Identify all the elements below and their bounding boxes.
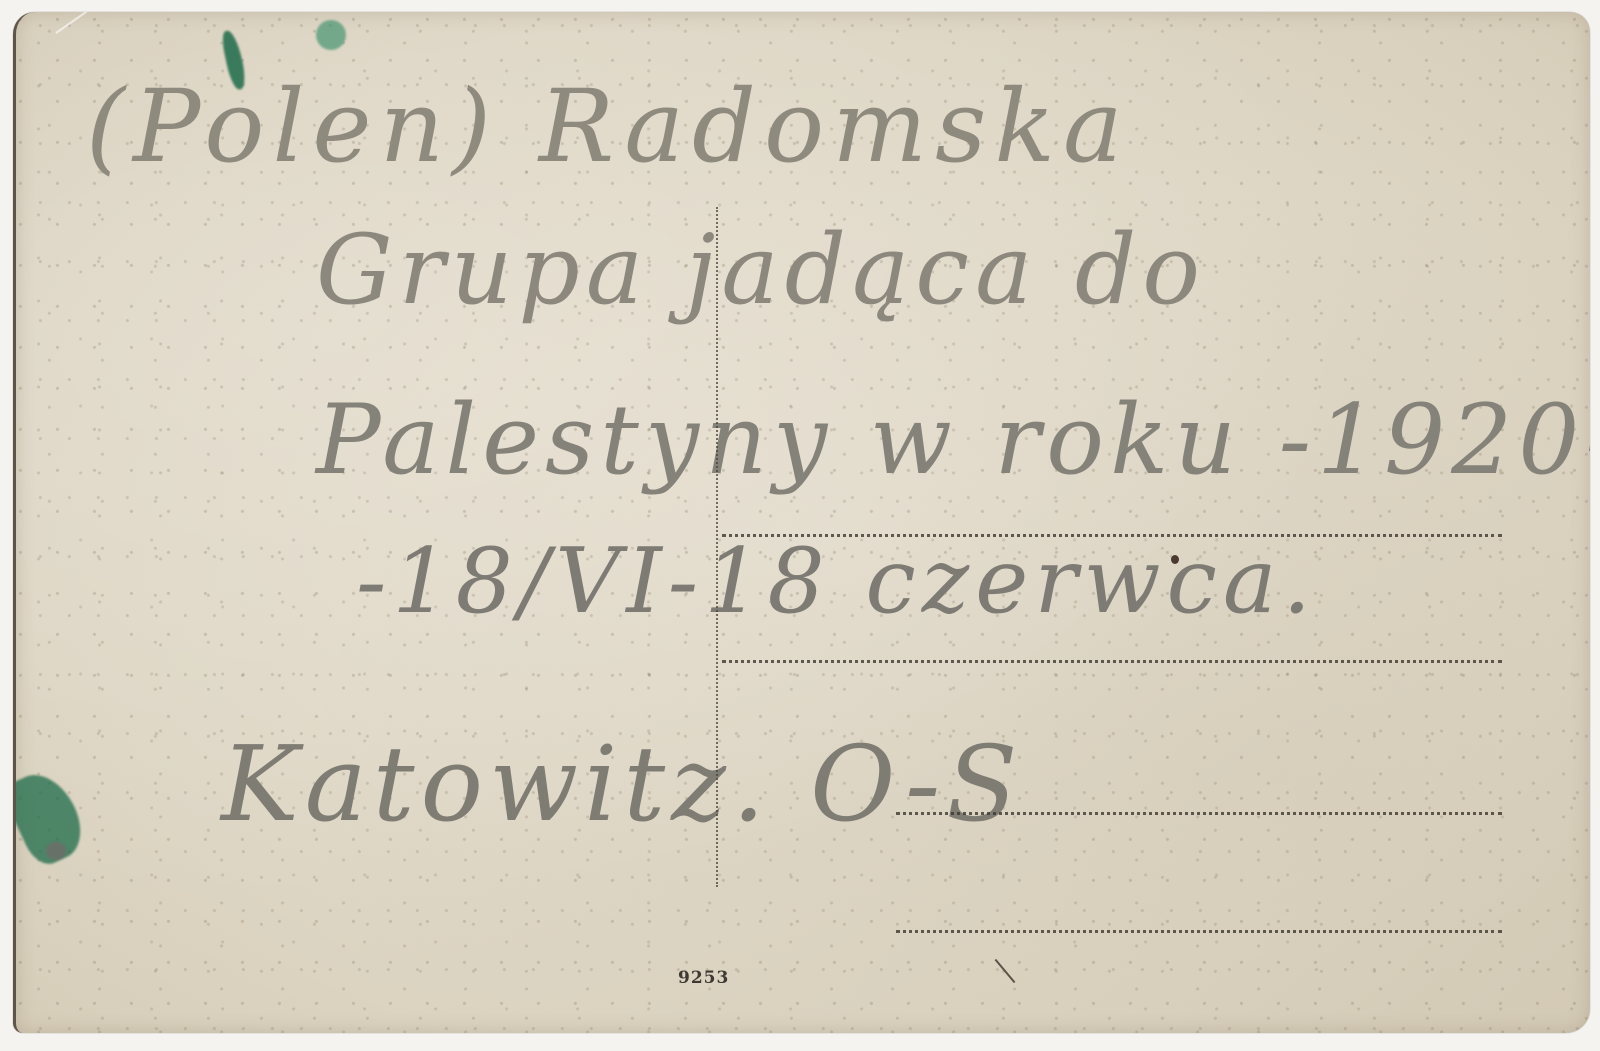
handwritten-line-group: Grupa jadąca do — [316, 222, 1206, 318]
ink-dot — [1171, 555, 1179, 564]
printed-address-line-3 — [896, 812, 1502, 815]
handwritten-line-name: (Polen) Radomska — [86, 77, 1131, 177]
printed-address-line-4 — [896, 930, 1502, 933]
green-ink-stain-top-edge — [316, 20, 346, 50]
printed-address-line-1 — [722, 534, 1502, 537]
handwritten-line-destination-year: Palestyny w roku -1920- — [316, 392, 1590, 488]
postcard: (Polen) Radomska Grupa jadąca do Palesty… — [13, 12, 1590, 1033]
printed-card-number: 9253 — [678, 968, 729, 988]
printed-center-divider — [716, 207, 718, 887]
handwritten-line-place: Katowitz. O-S — [221, 732, 1024, 836]
pink-ink-stain-left — [46, 842, 66, 860]
printed-address-line-2 — [722, 660, 1502, 663]
pencil-stroke-mark — [995, 959, 1016, 983]
paper-crease — [55, 12, 187, 34]
scan-background: (Polen) Radomska Grupa jadąca do Palesty… — [0, 0, 1600, 1051]
handwritten-line-date: -18/VI-18 czerwca. — [356, 537, 1317, 627]
